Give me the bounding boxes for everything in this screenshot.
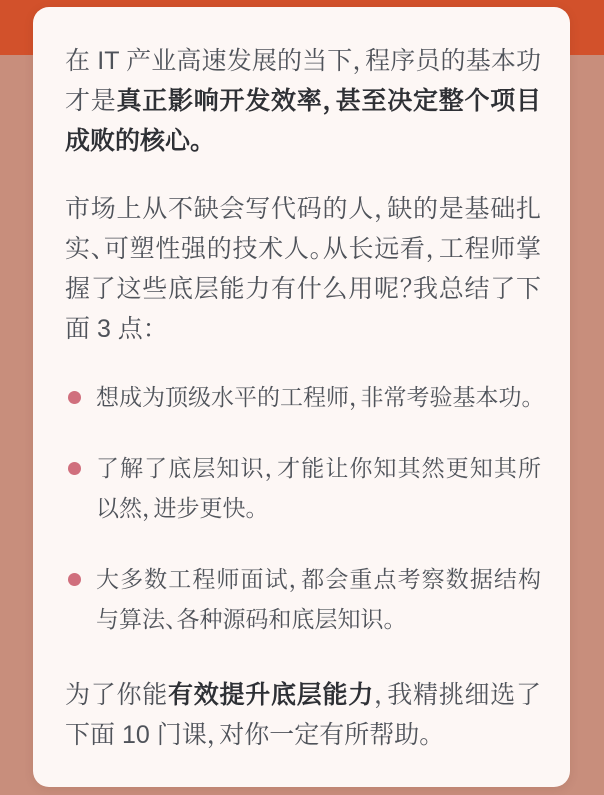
conclusion-bold-text: 有效提升底层能力 bbox=[168, 681, 374, 709]
list-item: 大多数工程师面试，都会重点考察数据结构与算法、各种源码和底层知识。 bbox=[65, 559, 541, 639]
bullet-dot-icon bbox=[68, 573, 81, 586]
list-item-text: 想成为顶级水平的工程师，非常考验基本功。 bbox=[96, 377, 541, 417]
list-item: 想成为顶级水平的工程师，非常考验基本功。 bbox=[65, 377, 541, 417]
intro-bold-text: 真正影响开发效率，甚至决定整个项目成败的核心。 bbox=[65, 87, 541, 155]
list-item-text: 大多数工程师面试，都会重点考察数据结构与算法、各种源码和底层知识。 bbox=[96, 559, 541, 639]
page-background: 在 IT 产业高速发展的当下，程序员的基本功才是真正影响开发效率，甚至决定整个项… bbox=[0, 0, 604, 795]
bullet-dot-icon bbox=[68, 462, 81, 475]
content-card: 在 IT 产业高速发展的当下，程序员的基本功才是真正影响开发效率，甚至决定整个项… bbox=[33, 7, 570, 787]
list-item-text: 了解了底层知识，才能让你知其然更知其所以然，进步更快。 bbox=[96, 448, 541, 528]
list-item: 了解了底层知识，才能让你知其然更知其所以然，进步更快。 bbox=[65, 448, 541, 528]
bullet-dot-icon bbox=[68, 391, 81, 404]
conclusion-text-start: 为了你能 bbox=[65, 681, 168, 709]
points-list: 想成为顶级水平的工程师，非常考验基本功。 了解了底层知识，才能让你知其然更知其所… bbox=[65, 377, 541, 639]
paragraph-intro: 在 IT 产业高速发展的当下，程序员的基本功才是真正影响开发效率，甚至决定整个项… bbox=[65, 41, 541, 161]
paragraph-conclusion: 为了你能有效提升底层能力，我精挑细选了下面 10 门课，对你一定有所帮助。 bbox=[65, 675, 541, 755]
paragraph-market: 市场上从不缺会写代码的人，缺的是基础扎实、可塑性强的技术人。从长远看，工程师掌握… bbox=[65, 189, 541, 349]
